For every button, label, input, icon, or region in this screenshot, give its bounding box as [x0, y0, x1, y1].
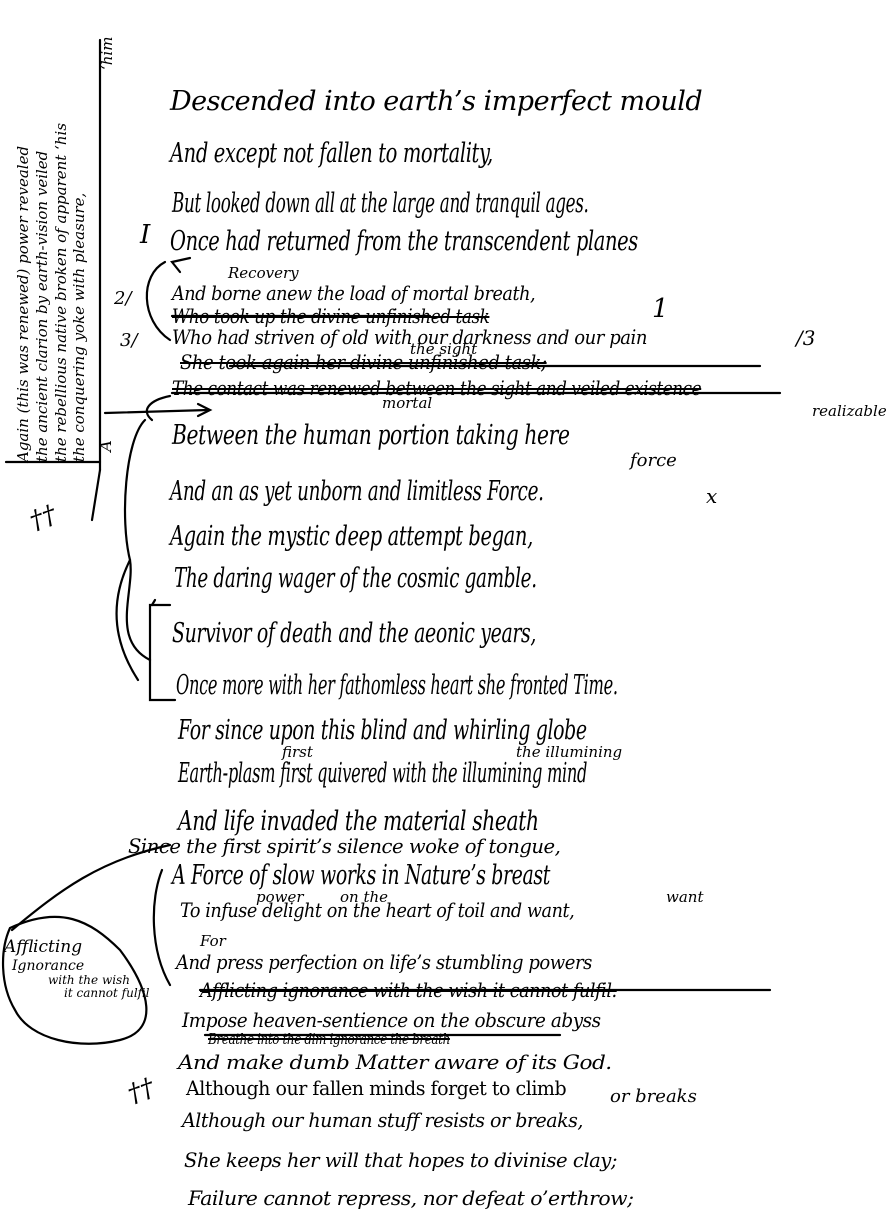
margin-mark: x [706, 486, 717, 506]
verse-line: Impose heaven-sentience on the obscure a… [182, 1010, 601, 1030]
circled-note-line: Ignorance [4, 958, 150, 974]
insertion: first [282, 745, 313, 760]
verse-line: And an as yet unborn and limitless Force… [170, 478, 544, 505]
insertion: realizable [812, 404, 887, 419]
verse-line: Survivor of death and the aeonic years, [172, 620, 536, 647]
margin-note-line: the ancient clarion by earth-vision veil… [33, 123, 52, 462]
circled-note-line: Afflicting [4, 938, 150, 958]
circled-note-line: it cannot fulfil [4, 987, 150, 1001]
insertion: the sight [410, 342, 477, 357]
verse-line-struck: Breathe into the dim ignorance the breat… [208, 1032, 450, 1047]
insertion: Recovery [228, 266, 299, 281]
verse-line: The daring wager of the cosmic gamble. [174, 565, 537, 592]
margin-note-line: Again (this was renewed) power revealed [14, 123, 33, 462]
insertion: power [256, 890, 304, 905]
verse-line: Failure cannot repress, nor defeat o’ert… [188, 1188, 633, 1208]
insertion: For [200, 934, 226, 949]
verse-line: But looked down all at the large and tra… [172, 190, 589, 217]
margin-mark: 1 [652, 296, 669, 322]
circled-note: Afflicting Ignorance with the wish it ca… [4, 938, 150, 1001]
verse-line: She keeps her will that hopes to divinis… [184, 1150, 617, 1170]
circled-note-line: with the wish [4, 974, 150, 988]
verse-line: Between the human portion taking here [172, 422, 570, 449]
margin-mark: †† [26, 501, 59, 534]
verse-line: Descended into earth’s imperfect mould [170, 88, 702, 115]
verse-line: And make dumb Matter aware of its God. [178, 1052, 612, 1072]
verse-line-struck: Who took up the divine unfinished task [172, 306, 489, 326]
verse-line: And except not fallen to mortality, [170, 140, 493, 167]
verse-line: And borne anew the load of mortal breath… [172, 283, 535, 303]
insertion: want [666, 890, 703, 905]
verse-line: Once had returned from the transcendent … [170, 228, 638, 255]
verse-line: Once more with her fathomless heart she … [176, 672, 618, 699]
margin-note-line: the conquering yoke with pleasure, [70, 123, 89, 462]
margin-note-line: the rebellious native broken of apparent… [52, 123, 71, 462]
verse-line-struck: The contact was renewed between the sigh… [172, 378, 701, 398]
margin-mark: †† [124, 1074, 157, 1107]
margin-mark: /3 [796, 328, 815, 348]
verse-line: Although our human stuff resists or brea… [182, 1110, 583, 1130]
verse-line: Again the mystic deep attempt began, [170, 523, 533, 550]
margin-mark: 3/ [120, 332, 138, 350]
insertion: mortal [382, 396, 432, 411]
insertion: on the [340, 890, 388, 905]
left-margin-note: Again (this was renewed) power revealed … [14, 123, 89, 462]
verse-line: And press perfection on life’s stumbling… [176, 952, 592, 972]
margin-note-top-word: ‘him [98, 37, 117, 70]
verse-line: A Force of slow works in Nature’s breast [172, 862, 550, 889]
margin-note-label: A [98, 440, 114, 452]
margin-mark: 2/ [114, 290, 132, 308]
verse-line-struck: Afflicting ignorance with the wish it ca… [200, 980, 617, 1000]
verse-line: For since upon this blind and whirling g… [178, 717, 587, 744]
verse-line: Earth-plasm first quivered with the illu… [178, 760, 587, 787]
verse-line-struck: She took again her divine unfinished tas… [180, 352, 547, 372]
insertion: force [630, 452, 677, 470]
insertion: the illumining [516, 745, 622, 760]
manuscript-page: Again (this was renewed) power revealed … [0, 0, 887, 1229]
verse-line: Although our fallen minds forget to clim… [186, 1078, 566, 1098]
margin-mark: I [140, 222, 150, 248]
verse-line: Since the first spirit’s silence woke of… [128, 836, 560, 856]
verse-line: And life invaded the material sheath [178, 808, 539, 835]
insertion: or breaks [610, 1088, 697, 1106]
